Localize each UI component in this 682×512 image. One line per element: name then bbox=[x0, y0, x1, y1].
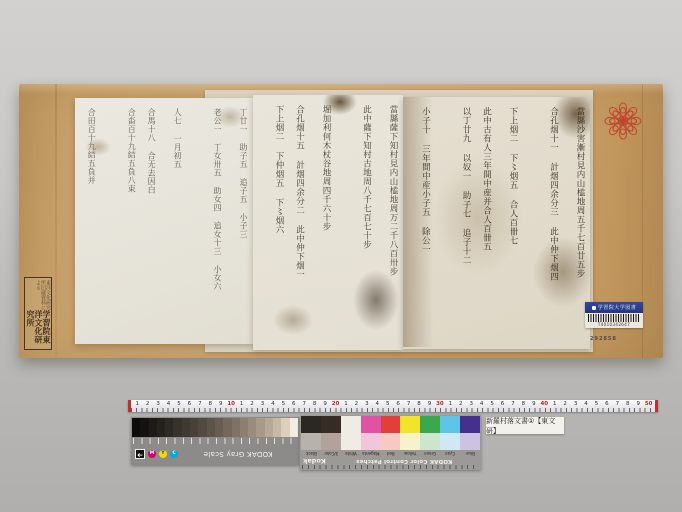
ruler-unit-number: 4 bbox=[163, 400, 173, 408]
gray-patch bbox=[232, 418, 240, 437]
ruler-unit-number: 4 bbox=[476, 400, 486, 408]
calligraphy-columns: 當縣沙害漸村見内山榼地周五千七百廿五步合孔烟十一 計烟四余分三 此中仲下烟四下上… bbox=[409, 107, 584, 343]
red-rosette-seal bbox=[601, 99, 645, 143]
gray-patch bbox=[248, 418, 256, 437]
text-column: 以丁廿九 以奴一 助子七 追子十二 bbox=[460, 107, 476, 343]
text-column: 下上烟二 下仲烟五 下〻烟六 bbox=[273, 105, 289, 344]
ruler-unit-number: 5 bbox=[174, 400, 184, 408]
ruler-unit-number: 3 bbox=[257, 400, 267, 408]
gray-patch bbox=[173, 418, 181, 437]
ruler-unit-number: 5 bbox=[278, 400, 288, 408]
gray-patch bbox=[281, 418, 289, 437]
ruler-unit-number: 8 bbox=[205, 400, 215, 408]
color-patch-blue bbox=[460, 416, 480, 450]
text-column: 堀加利何木杖谷地周四千六十步 bbox=[320, 105, 356, 344]
cmy-dots: MYC bbox=[148, 450, 178, 458]
text-column: 下上烟二 下〻烟五 合人百卌七 bbox=[507, 107, 543, 343]
gray-patch bbox=[157, 418, 165, 437]
calligraphy-columns: 丁廿一 助子五 追子五 小子三老公一 丁女卅五 助女四 追女十三 小女六人七 一… bbox=[81, 108, 247, 338]
gray-patch bbox=[140, 418, 148, 437]
document-sheet-middle: 當縣薩下知村見内山榼地周万二千八百卅步此中薩下知村古地周八千七百七十步堀加利何木… bbox=[253, 95, 403, 350]
gray-scale-brand-text: KODAK Gray Scale bbox=[181, 450, 295, 458]
color-strip-band: Kodak KODAK Color Control Patches bbox=[300, 456, 481, 465]
ruler-unit-number: 6 bbox=[393, 400, 403, 408]
ruler-unit-number: 2 bbox=[351, 400, 361, 408]
ruler-unit-number: 7 bbox=[299, 400, 309, 408]
text-column: 合桑千二百八十 三年間中加植内 bbox=[75, 108, 81, 338]
color-patch-cyan bbox=[440, 416, 460, 450]
patch-strong bbox=[440, 416, 460, 433]
gray-patch bbox=[165, 418, 173, 437]
ruler-unit-number: 9 bbox=[320, 400, 330, 408]
library-logo-icon bbox=[592, 306, 596, 310]
text-column: 當縣薩下知村見内山榼地周万二千八百卅步 bbox=[387, 105, 397, 344]
text-column: 丁女卌二 以婢五 助女九 追女十六 bbox=[403, 107, 415, 343]
ruler-unit-number: 3 bbox=[570, 400, 580, 408]
ink-dot-y: Y bbox=[159, 450, 167, 458]
library-label: 学習院大学図書 T4010342647 bbox=[585, 302, 643, 328]
ruler-unit-number: 7 bbox=[612, 400, 622, 408]
gray-patch bbox=[240, 418, 248, 437]
patch-strong bbox=[460, 416, 480, 433]
document-sheet-right: 當縣沙害漸村見内山榼地周五千七百廿五步合孔烟十一 計烟四余分三 此中仲下烟四下上… bbox=[403, 97, 590, 349]
ruler-unit-number: 3 bbox=[466, 400, 476, 408]
title-slip: 新羅村落文書①【東文研】 bbox=[486, 417, 564, 434]
ruler-ticks bbox=[131, 408, 655, 412]
color-patch-red bbox=[381, 416, 401, 450]
barcode bbox=[588, 314, 640, 322]
ruler-decade-number: 20 bbox=[330, 400, 340, 408]
color-strip-ticks bbox=[302, 465, 479, 469]
gray-patch bbox=[290, 418, 298, 437]
patch-strong bbox=[420, 416, 440, 433]
text-column: 此中古有人三年間中産并合人百卌五 bbox=[481, 107, 503, 343]
ruler-decade-number: 10 bbox=[226, 400, 236, 408]
color-patch-black bbox=[301, 416, 321, 450]
library-label-body: T4010342647 bbox=[585, 313, 643, 328]
patch-tint bbox=[301, 433, 321, 450]
stamp-large-text: 学習院東洋文化研究所 bbox=[26, 310, 50, 347]
text-column: 合馬十八 合无去因白 bbox=[146, 108, 167, 338]
patch-strong bbox=[361, 416, 381, 433]
document-sheet-left: 丁廿一 助子五 追子五 小子三老公一 丁女卅五 助女四 追女十三 小女六人七 一… bbox=[75, 98, 253, 344]
stamp-small-text: 東洋文化研究所旧蔵資料による bbox=[26, 280, 50, 310]
gray-patch-row bbox=[132, 418, 298, 437]
ruler-unit-number: 1 bbox=[445, 400, 455, 408]
gray-patch bbox=[273, 418, 281, 437]
patch-strong bbox=[400, 416, 420, 433]
ruler-unit-number: 2 bbox=[247, 400, 257, 408]
patch-tint bbox=[460, 433, 480, 450]
text-column: 合田百十九結五負并 bbox=[86, 108, 121, 338]
ruler-unit-number: 9 bbox=[529, 400, 539, 408]
color-patch-white bbox=[341, 416, 361, 450]
text-column: 合孔烟十五 計烟四余分二 此中仲下烟一 bbox=[294, 105, 316, 344]
color-strip-brand-text: KODAK Color Control Patches bbox=[330, 458, 478, 464]
library-label-header: 学習院大学図書 bbox=[585, 302, 643, 313]
ruler-unit-number: 5 bbox=[591, 400, 601, 408]
ruler-unit-number: 1 bbox=[550, 400, 560, 408]
text-column: 合畓百十九結五負八束 bbox=[126, 108, 141, 338]
calligraphy-columns: 當縣薩下知村見内山榼地周万二千八百卅步此中薩下知村古地周八千七百七十步堀加利何木… bbox=[259, 105, 397, 344]
patch-tint bbox=[381, 433, 401, 450]
ruler-decade-number: 30 bbox=[435, 400, 445, 408]
ruler-unit-number: 8 bbox=[518, 400, 528, 408]
ruler-unit-number: 7 bbox=[403, 400, 413, 408]
text-column: 老公一 丁女卅五 助女四 追女十三 小女六 bbox=[212, 108, 233, 338]
color-patch-magenta bbox=[361, 416, 381, 450]
envelope-crease-left bbox=[55, 84, 57, 358]
ruler-unit-number: 2 bbox=[560, 400, 570, 408]
ruler-unit-number: 6 bbox=[602, 400, 612, 408]
text-column: 人七 一月初五 bbox=[172, 108, 207, 338]
envelope-number: 292858 bbox=[590, 336, 617, 342]
gray-patch bbox=[182, 418, 190, 437]
patch-tint bbox=[361, 433, 381, 450]
ruler-unit-number: 1 bbox=[236, 400, 246, 408]
gray-patch bbox=[265, 418, 273, 437]
kodak-logo-text: Kodak bbox=[303, 457, 326, 465]
patch-tint bbox=[400, 433, 420, 450]
ruler-unit-number: 9 bbox=[424, 400, 434, 408]
gray-scale-band: ➜ MYC KODAK Gray Scale bbox=[131, 444, 299, 464]
patch-tint bbox=[440, 433, 460, 450]
kodak-gray-scale: ➜ MYC KODAK Gray Scale bbox=[131, 417, 299, 465]
gray-patch bbox=[223, 418, 231, 437]
ruler-unit-number: 5 bbox=[383, 400, 393, 408]
patch-tint bbox=[321, 433, 341, 450]
text-column: 小子十 三年間中産小子五 除公一 bbox=[420, 107, 456, 343]
ruler-unit-number: 6 bbox=[497, 400, 507, 408]
ruler-numbers: 1234567891012345678920123456789301234567… bbox=[128, 400, 658, 408]
title-slip-text: 新羅村落文書①【東文研】 bbox=[486, 416, 564, 436]
color-patch-yellow bbox=[400, 416, 420, 450]
text-column: 丁廿一 助子五 追子五 小子三 bbox=[238, 108, 247, 338]
ruler-unit-number: 4 bbox=[581, 400, 591, 408]
ruler-unit-number: 7 bbox=[508, 400, 518, 408]
ruler-unit-number: 7 bbox=[195, 400, 205, 408]
gray-patch bbox=[132, 418, 140, 437]
ruler-unit-number: 9 bbox=[216, 400, 226, 408]
patch-strong bbox=[301, 416, 321, 433]
ruler-unit-number: 3 bbox=[362, 400, 372, 408]
text-column: 當縣沙害漸村見内山榼地周五千七百廿五步 bbox=[574, 107, 584, 343]
registration-arrow-icon: ➜ bbox=[135, 449, 145, 459]
library-label-title: 学習院大学図書 bbox=[598, 304, 637, 311]
text-column: 合人百廿五 此中古有人三年間中産并百十八 bbox=[253, 105, 268, 344]
ruler-unit-number: 3 bbox=[153, 400, 163, 408]
ruler-unit-number: 2 bbox=[142, 400, 152, 408]
text-column: 此中薩下知村古地周八千七百七十步 bbox=[361, 105, 383, 344]
ruler-unit-number: 4 bbox=[268, 400, 278, 408]
gray-patch bbox=[149, 418, 157, 437]
color-patch-row bbox=[301, 416, 480, 450]
ruler-unit-number: 8 bbox=[623, 400, 633, 408]
gray-patch bbox=[256, 418, 264, 437]
ruler-unit-number: 8 bbox=[414, 400, 424, 408]
measuring-ruler: 1234567891012345678920123456789301234567… bbox=[128, 400, 658, 412]
ruler-unit-number: 5 bbox=[487, 400, 497, 408]
color-patch-3-color bbox=[321, 416, 341, 450]
ruler-unit-number: 8 bbox=[309, 400, 319, 408]
gray-patch bbox=[207, 418, 215, 437]
ink-dot-m: M bbox=[148, 450, 156, 458]
patch-tint bbox=[341, 433, 361, 450]
patch-strong bbox=[321, 416, 341, 433]
text-column: 合孔烟十一 計烟四余分三 此中仲下烟四 bbox=[548, 107, 570, 343]
gray-patch bbox=[198, 418, 206, 437]
barcode-number: T4010342647 bbox=[588, 322, 640, 327]
ruler-unit-number: 2 bbox=[456, 400, 466, 408]
ruler-unit-number: 4 bbox=[372, 400, 382, 408]
ruler-unit-number: 6 bbox=[184, 400, 194, 408]
rosette-icon bbox=[601, 99, 645, 143]
color-patch-green bbox=[420, 416, 440, 450]
gray-patch bbox=[190, 418, 198, 437]
patch-tint bbox=[420, 433, 440, 450]
ruler-unit-number: 6 bbox=[289, 400, 299, 408]
photo-stage: 丁廿一 助子五 追子五 小子三老公一 丁女卅五 助女四 追女十三 小女六人七 一… bbox=[0, 0, 682, 512]
ruler-unit-number: 9 bbox=[633, 400, 643, 408]
patch-strong bbox=[341, 416, 361, 433]
ink-dot-c: C bbox=[170, 450, 178, 458]
ruler-decade-number: 50 bbox=[643, 400, 653, 408]
patch-strong bbox=[381, 416, 401, 433]
institute-stamp: 東洋文化研究所旧蔵資料による 学習院東洋文化研究所 bbox=[24, 277, 52, 350]
kodak-color-control-patches: Black3/ColorWhiteMagentaRedYellowGreenCy… bbox=[300, 415, 481, 470]
ruler-decade-number: 40 bbox=[539, 400, 549, 408]
ruler-unit-number: 1 bbox=[341, 400, 351, 408]
ruler-unit-number: 1 bbox=[132, 400, 142, 408]
gray-patch bbox=[215, 418, 223, 437]
